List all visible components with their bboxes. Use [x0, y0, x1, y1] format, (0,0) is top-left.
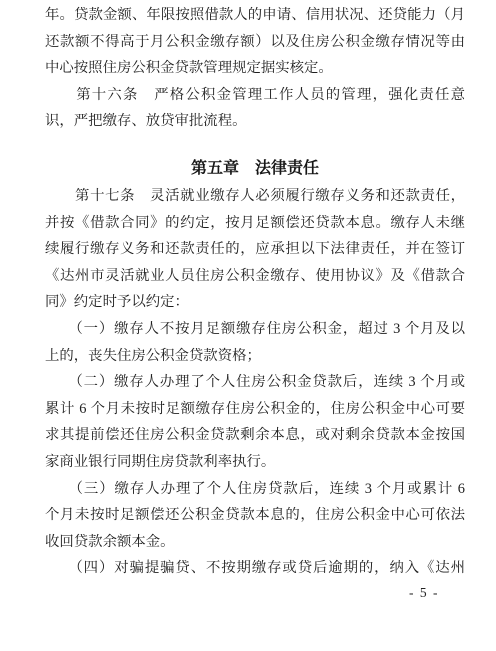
text-line: 上的，丧失住房公积金贷款资格； — [45, 343, 465, 370]
document-page: 年。贷款金额、年限按照借款人的申请、信用状况、还贷能力（月 还款额不得高于月公积… — [0, 0, 496, 603]
chapter-heading: 第五章 法律责任 — [45, 155, 465, 183]
text-line: （三）缴存人办理了个人住房贷款后，连续 3 个月或累计 6 — [45, 476, 465, 503]
text-line: 家商业银行同期住房贷款利率执行。 — [45, 449, 465, 476]
text-line: 同》约定时予以约定： — [45, 289, 465, 316]
text-line: （二）缴存人办理了个人住房公积金贷款后，连续 3 个月或 — [45, 369, 465, 396]
page-number: - 5 - — [45, 583, 465, 603]
text-line: （四）对骗提骗贷、不按期缴存或贷后逾期的，纳入《达州 — [45, 555, 465, 582]
text-line: 求其提前偿还住房公积金贷款剩余本息，或对剩余贷款本金按国 — [45, 422, 465, 449]
text-line: 第十六条 严格公积金管理工作人员的管理，强化责任意 — [45, 82, 465, 109]
text-line: 年。贷款金额、年限按照借款人的申请、信用状况、还贷能力（月 — [45, 2, 465, 29]
text-line: 个月未按时足额偿还公积金贷款本息的，住房公积金中心可依法 — [45, 502, 465, 529]
text-line: 并按《借款合同》的约定，按月足额偿还贷款本息。缴存人未继 — [45, 210, 465, 237]
text-line: 收回贷款余额本金。 — [45, 529, 465, 556]
text-line: （一）缴存人不按月足额缴存住房公积金，超过 3 个月及以 — [45, 316, 465, 343]
text-line: 第十七条 灵活就业缴存人必须履行缴存义务和还款责任， — [45, 183, 465, 210]
text-line: 《达州市灵活就业人员住房公积金缴存、使用协议》及《借款合 — [45, 263, 465, 290]
text-line: 识，严把缴存、放贷审批流程。 — [45, 108, 465, 135]
text-line: 中心按照住房公积金贷款管理规定据实核定。 — [45, 55, 465, 82]
text-line: 还款额不得高于月公积金缴存额）以及住房公积金缴存情况等由 — [45, 29, 465, 56]
text-line: 续履行缴存义务和还款责任的，应承担以下法律责任，并在签订 — [45, 236, 465, 263]
text-line: 累计 6 个月未按时足额缴存住房公积金的，住房公积金中心可要 — [45, 396, 465, 423]
